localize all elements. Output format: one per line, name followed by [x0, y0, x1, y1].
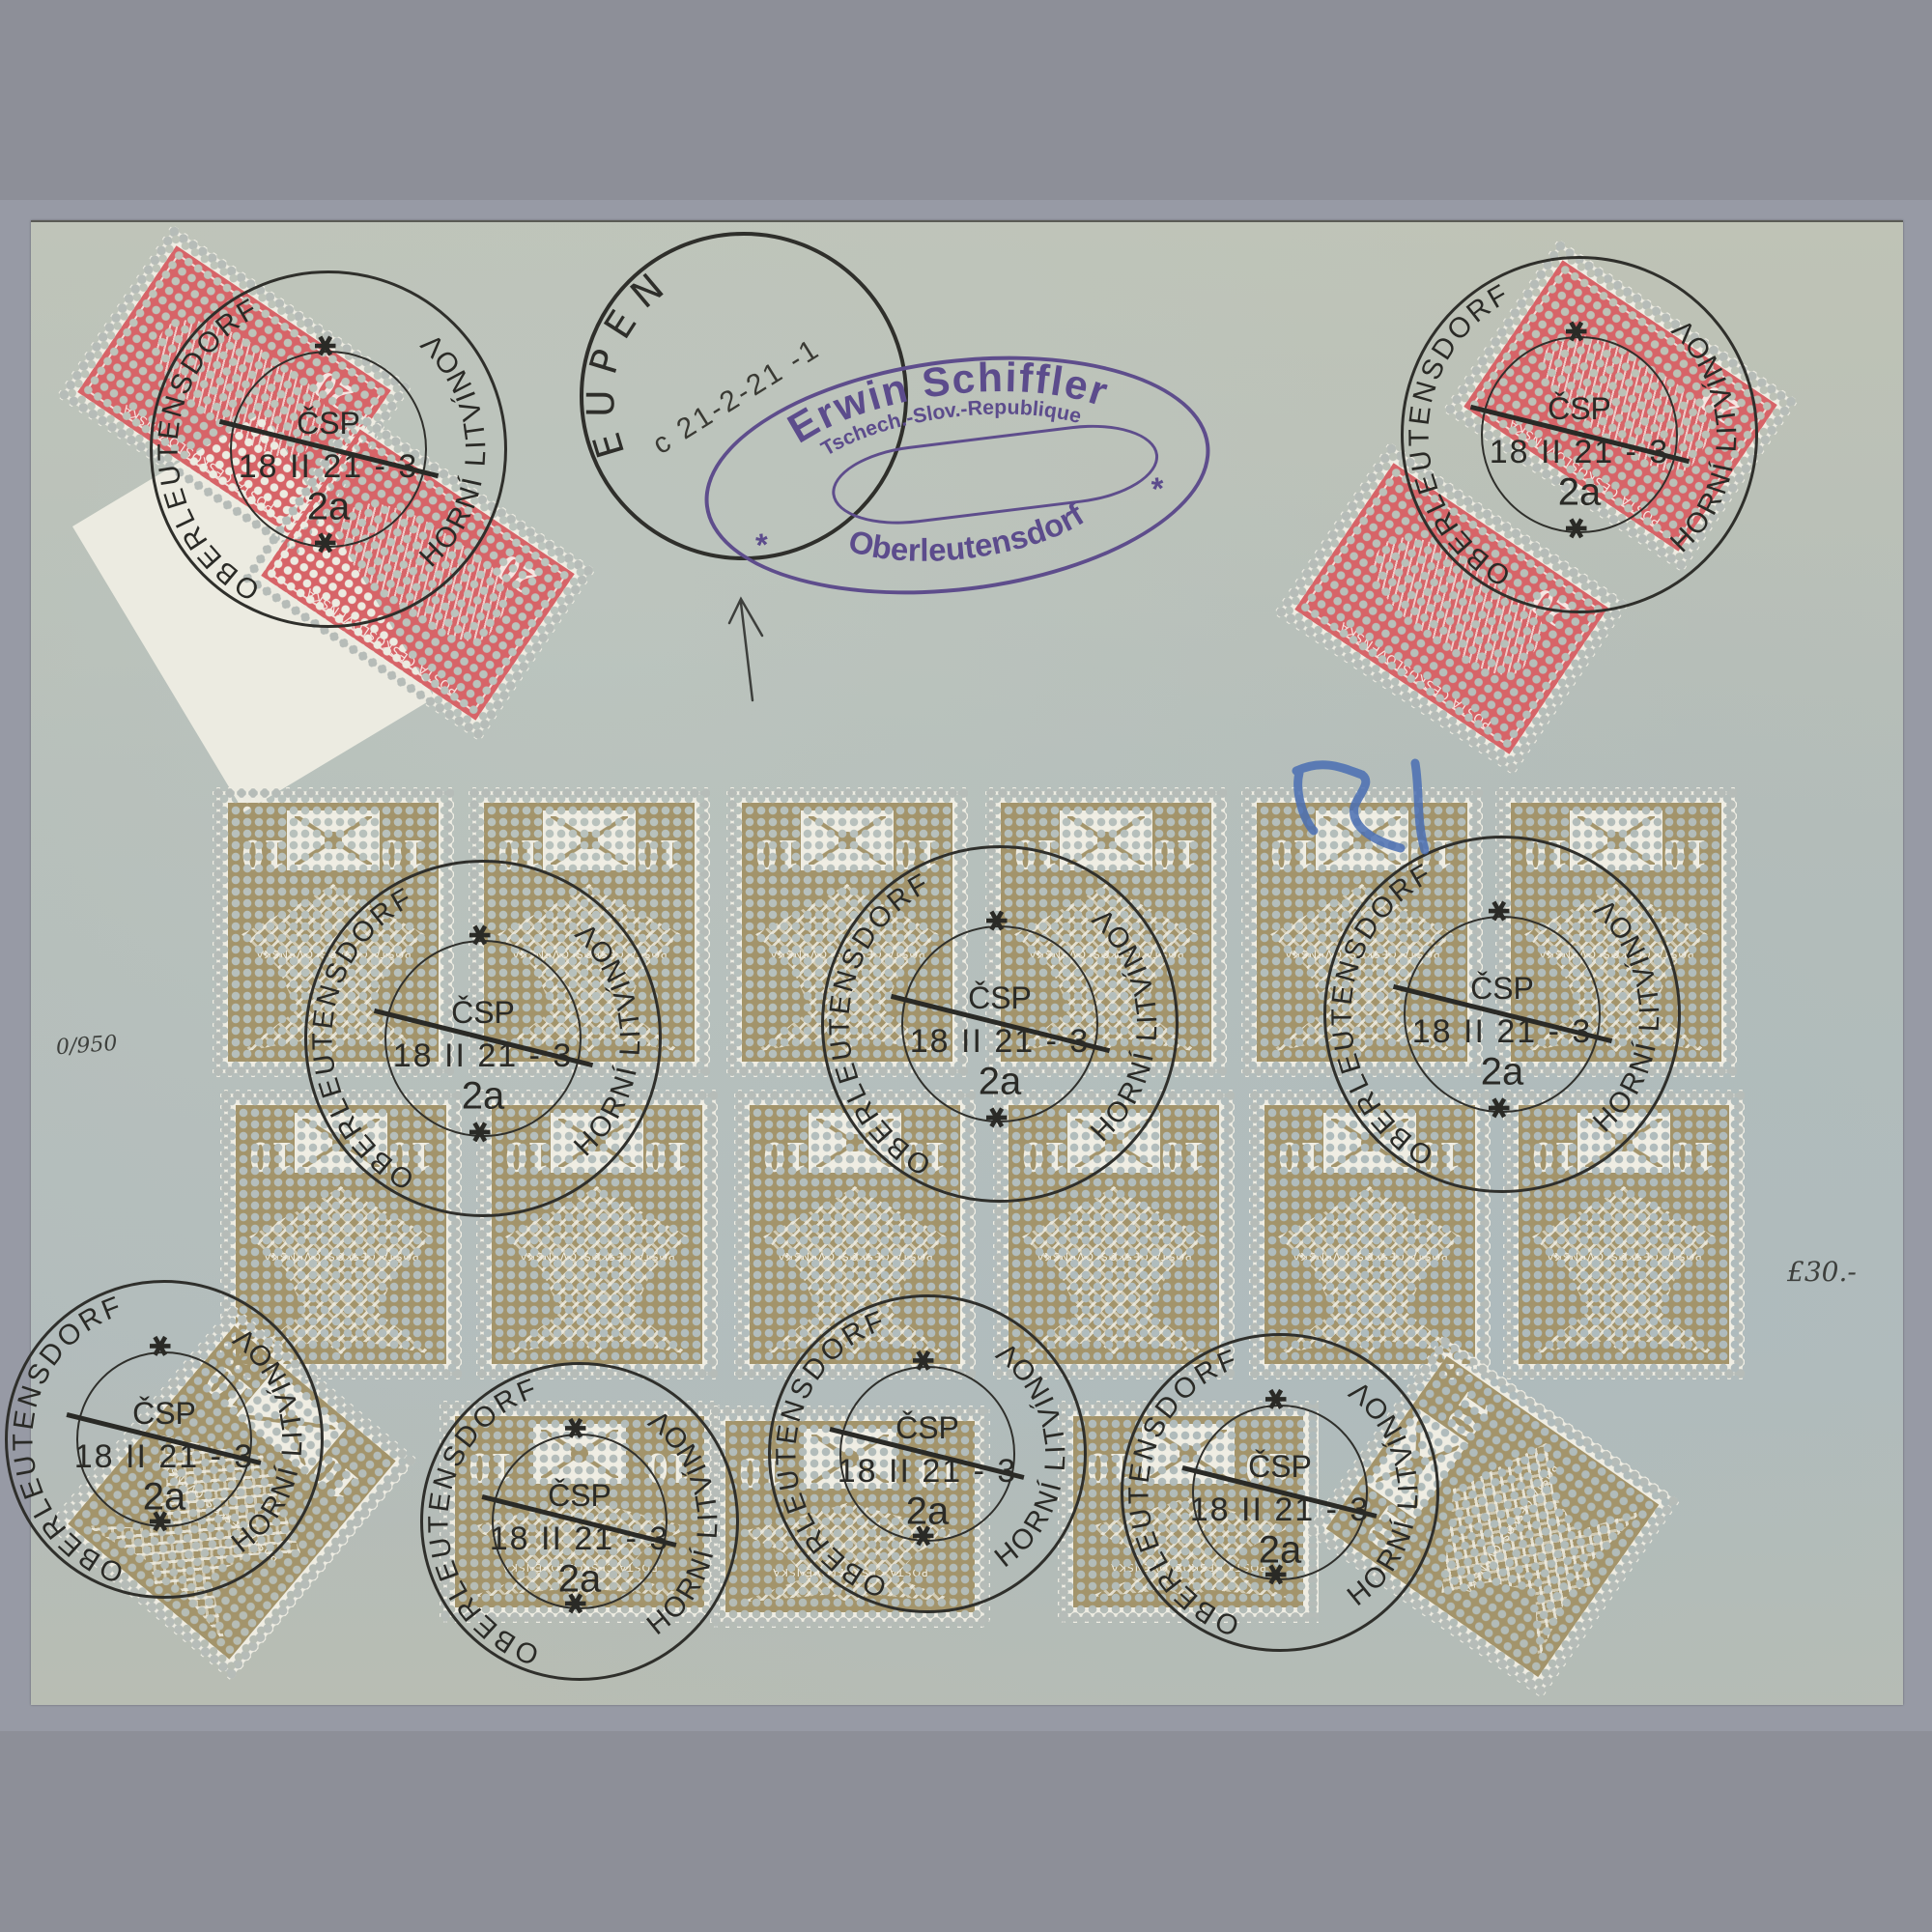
svg-text:✱: ✱ — [981, 909, 1013, 933]
litvinov-postmark: OBERLEUTENSDORF HORNÍ LITVÍNOV ✱ ✱ 18 II… — [1121, 1333, 1439, 1652]
svg-text:HORNÍ LITVÍNOV: HORNÍ LITVÍNOV — [1664, 311, 1744, 559]
postmark-date: 18 II 21 - 3 — [910, 1023, 1091, 1061]
postmark-date: 18 II 21 - 3 — [490, 1520, 670, 1558]
stamp-denomination: 10 — [1278, 1132, 1322, 1183]
svg-text:✱: ✱ — [560, 1416, 592, 1440]
svg-text:✱: ✱ — [310, 334, 342, 358]
postmark-code: 2a — [143, 1476, 186, 1520]
letter-icon — [287, 810, 380, 870]
svg-text:✱: ✱ — [908, 1349, 940, 1373]
litvinov-postmark: OBERLEUTENSDORF HORNÍ LITVÍNOV ✱ ✱ 18 II… — [768, 1294, 1087, 1613]
svg-text:✱: ✱ — [1484, 1095, 1516, 1120]
svg-text:✱: ✱ — [1484, 899, 1516, 923]
postmark-csp: ČSP — [895, 1410, 959, 1446]
postmark-code: 2a — [307, 486, 351, 529]
stamp-country: POŠTA ČESKOSLOVENSKÁ — [1274, 1250, 1465, 1263]
stamp-country: POŠTA ČESKOSLOVENSKÁ — [245, 1250, 437, 1263]
svg-text:✱: ✱ — [1261, 1387, 1293, 1411]
postmark-code: 2a — [979, 1061, 1022, 1104]
litvinov-postmark: OBERLEUTENSDORF HORNÍ LITVÍNOV ✱ ✱ 18 II… — [5, 1280, 324, 1599]
stamp-country: POŠTA ČESKOSLOVENSKÁ — [759, 1250, 951, 1263]
stamp-denomination: 10 — [241, 830, 286, 881]
postmark-code: 2a — [462, 1075, 505, 1119]
postmark-code: 2a — [906, 1491, 950, 1534]
svg-text:✱: ✱ — [981, 1105, 1013, 1129]
svg-text:✱: ✱ — [1561, 516, 1593, 540]
postmark-csp: ČSP — [548, 1478, 611, 1514]
litvinov-postmark: OBERLEUTENSDORF HORNÍ LITVÍNOV ✱ ✱ 18 II… — [420, 1362, 739, 1681]
postmark-date: 18 II 21 - 3 — [1190, 1492, 1371, 1529]
litvinov-postmark: OBERLEUTENSDORF HORNÍ LITVÍNOV ✱ ✱ 18 II… — [1323, 836, 1681, 1193]
svg-text:✱: ✱ — [145, 1334, 177, 1358]
svg-text:HORNÍ LITVÍNOV: HORNÍ LITVÍNOV — [1587, 891, 1666, 1139]
cachet-star-right: * — [1150, 469, 1166, 506]
pencil-arrow-icon — [720, 589, 778, 705]
postmark-csp: ČSP — [1548, 391, 1611, 427]
postmark-csp: ČSP — [451, 995, 515, 1031]
postmark-date: 18 II 21 - 3 — [838, 1453, 1018, 1491]
svg-text:✱: ✱ — [310, 530, 342, 554]
svg-text:✱: ✱ — [465, 1120, 497, 1144]
svg-text:✱: ✱ — [465, 923, 497, 948]
postmark-csp: ČSP — [1248, 1449, 1312, 1485]
postmark-code: 2a — [1259, 1529, 1302, 1573]
dove-icon — [1532, 1186, 1716, 1354]
svg-text:HORNÍ LITVÍNOV: HORNÍ LITVÍNOV — [1085, 900, 1164, 1149]
stamp-denomination: 10 — [755, 830, 800, 881]
stamp-country: POŠTA ČESKOSLOVENSKÁ — [1528, 1250, 1719, 1263]
svg-text:✱: ✱ — [1561, 320, 1593, 344]
cachet-star-left: * — [753, 526, 770, 562]
postmark-csp: ČSP — [968, 980, 1032, 1016]
postmark-date: 18 II 21 - 3 — [74, 1438, 255, 1476]
litvinov-postmark: OBERLEUTENSDORF HORNÍ LITVÍNOV ✱ ✱ 18 II… — [304, 860, 662, 1217]
postmark-csp: ČSP — [132, 1396, 196, 1432]
cachet-town: Oberleutensdorf — [841, 495, 1094, 581]
postmark-date: 18 II 21 - 3 — [1490, 434, 1670, 471]
postmark-csp: ČSP — [1470, 971, 1534, 1007]
letter-icon — [543, 810, 636, 870]
litvinov-postmark: OBERLEUTENSDORF HORNÍ LITVÍNOV ✱ ✱ 18 II… — [821, 845, 1179, 1203]
postmark-date: 18 II 21 - 3 — [393, 1037, 574, 1075]
postmark-date: 18 II 21 - 3 — [239, 448, 419, 486]
svg-text:Oberleutensdorf: Oberleutensdorf — [841, 495, 1094, 581]
postmark-csp: ČSP — [297, 406, 360, 441]
stamp-denomination: 10 — [763, 1132, 808, 1183]
dove-icon — [1278, 1186, 1462, 1354]
blue-crayon-mark — [1275, 753, 1468, 860]
svg-text:HORNÍ LITVÍNOV: HORNÍ LITVÍNOV — [413, 326, 493, 574]
postmark-code: 2a — [558, 1558, 602, 1602]
stamp-denomination: 10 — [249, 1132, 294, 1183]
stamp-country: POŠTA ČESKOSLOVENSKÁ — [1018, 1250, 1209, 1263]
pencil-note-right: £30.- — [1787, 1256, 1857, 1288]
postmark-code: 2a — [1481, 1051, 1524, 1094]
stamp-country: POŠTA ČESKOSLOVENSKÁ — [501, 1250, 693, 1263]
litvinov-postmark: OBERLEUTENSDORF HORNÍ LITVÍNOV ✱ ✱ 18 II… — [1401, 256, 1758, 613]
litvinov-postmark: OBERLEUTENSDORF HORNÍ LITVÍNOV ✱ ✱ 18 II… — [150, 270, 507, 628]
postmark-code: 2a — [1558, 471, 1602, 515]
svg-text:HORNÍ LITVÍNOV: HORNÍ LITVÍNOV — [568, 915, 647, 1163]
postmark-date: 18 II 21 - 3 — [1412, 1013, 1593, 1051]
pencil-note-left: 0/950 — [55, 1032, 118, 1060]
